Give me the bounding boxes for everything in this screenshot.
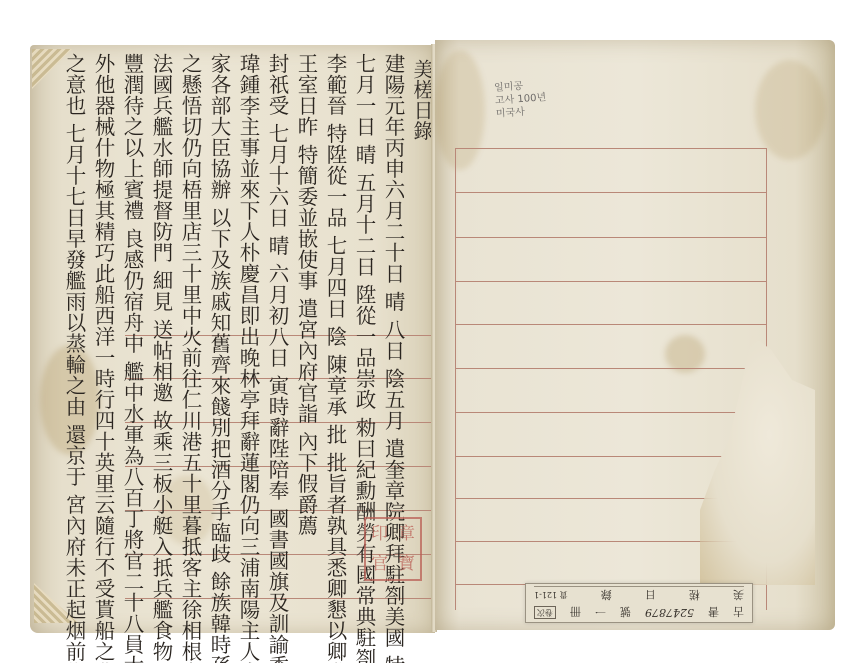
catalog-label-number-row: 古 書 5247879 號 一 冊 卷次: [534, 604, 744, 621]
text-column: 之懸悟切仍向梧里店三十里中火前往仁川港五十里暮抵客主徐相根家小憩自: [176, 53, 203, 623]
label-catalog-number: 5247879: [645, 606, 694, 619]
label-volume-box: 卷次: [534, 606, 556, 619]
label-char: 錄: [601, 587, 612, 603]
catalog-label: 美 槎 日 錄 貴 121-1 古 書 5247879 號 一 冊 卷次: [525, 583, 753, 623]
text-column: 封祇受 七月十六日 晴 六月初八日 寅時辭陛陪奉 國書國旗及訓諭委任狀奉內眷與次…: [263, 53, 290, 623]
label-char: 冊: [570, 605, 581, 621]
seal-char: 章: [393, 519, 420, 549]
text-column: 瑋鍾李主事並來下人朴慶昌即出晚林亭拜辭蓮閣仍向三浦南陽主人金應善: [234, 53, 261, 623]
text-column: 家各部大臣協辦 以下及族戚知舊齊來餞別把酒分手臨歧 餘族韓時孫處家國: [205, 53, 232, 623]
red-seal-stamp: 印 章 官 寶: [364, 517, 422, 581]
text-column: 外他器械什物極其精巧此船西洋一時行四十英里云隨行不受貰船之費實出優待: [89, 53, 116, 623]
seal-char: 印: [366, 519, 393, 549]
text-column: 豐潤待之以上賓禮 良感仍宿舟中 艦中水軍為八百丁將官二十八員大砲二十餘尊: [118, 53, 145, 623]
catalog-label-title-row: 美 槎 日 錄 貴 121-1: [534, 586, 744, 603]
text-column: 法國兵艦水師提督防門 細見 送帖相邀 故乘三板小艇入抵兵艦食物及寢具預備: [147, 53, 174, 623]
text-column: 之意也 七月十七日早發艦雨以蒸輪之由 還京于 宮內府未正起烟前往家見之明: [60, 53, 87, 623]
water-stain: [755, 60, 825, 160]
label-char: 書: [708, 605, 719, 621]
label-char: 號: [620, 605, 631, 621]
seal-char: 官: [366, 549, 393, 579]
seal-char: 寶: [393, 549, 420, 579]
label-char: 日: [645, 587, 656, 603]
label-char: 一: [595, 605, 606, 621]
text-column: 王室日昨 特簡委並嵌使事 遣宮內府官詣 內下假爵薦: [292, 53, 319, 623]
label-char: 古: [733, 605, 744, 621]
pencil-annotation: 일미공 고사 100년 미국사: [494, 78, 548, 120]
label-call-number: 貴 121-1: [534, 590, 568, 601]
text-column: 李範晉 特陞從一品 七月四日 陰 陳章承 批 批旨者孰具悉卿懇以卿勳勞乃心: [321, 53, 348, 623]
label-char: 槎: [689, 587, 700, 603]
label-char: 美: [733, 587, 744, 603]
